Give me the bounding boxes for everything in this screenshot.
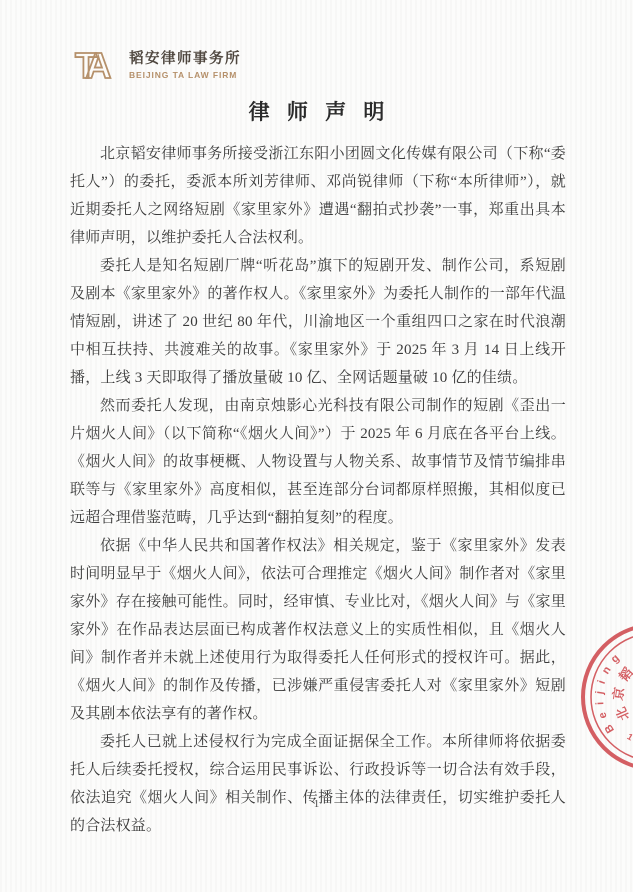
seal-serial-number: 1101 [625,731,633,749]
svg-text:1101: 1101 [625,731,633,749]
firm-names: 韬安律师事务所 BEIJING TA LAW FIRM [129,52,241,80]
law-firm-seal: Beijing 北京韬安 1101 [575,617,633,777]
paragraph-actions: 委托人已就上述侵权行为完成全面证据保全工作。本所律师将依据委托人后续委托授权，综… [70,728,566,840]
legal-statement-page: TA 韬安律师事务所 BEIJING TA LAW FIRM 律 师 声 明 北… [0,0,633,892]
paragraph-legal-analysis: 依据《中华人民共和国著作权法》相关规定，鉴于《家里家外》发表时间明显早于《烟火人… [70,532,566,728]
ta-monogram-icon: TA [74,48,120,84]
monogram-letters: TA [75,48,111,84]
firm-name-cn: 韬安律师事务所 [129,52,241,68]
paragraph-infringement-found: 然而委托人发现，由南京烛影心光科技有限公司制作的短剧《歪出一片烟火人间》（以下简… [70,392,566,532]
paragraph-client-background: 委托人是知名短剧厂牌“听花岛”旗下的短剧开发、制作公司，系短剧及剧本《家里家外》… [70,252,566,392]
page-footer: 1 [0,798,633,810]
letterhead: TA 韬安律师事务所 BEIJING TA LAW FIRM [74,48,241,84]
paragraph-engagement: 北京韬安律师事务所接受浙江东阳小团圆文化传媒有限公司（下称“委托人”）的委托，委… [70,140,566,252]
page-number: 1 [314,798,320,810]
document-body: 北京韬安律师事务所接受浙江东阳小团圆文化传媒有限公司（下称“委托人”）的委托，委… [70,140,566,840]
document-title: 律 师 声 明 [0,96,633,126]
firm-name-en: BEIJING TA LAW FIRM [129,71,241,80]
